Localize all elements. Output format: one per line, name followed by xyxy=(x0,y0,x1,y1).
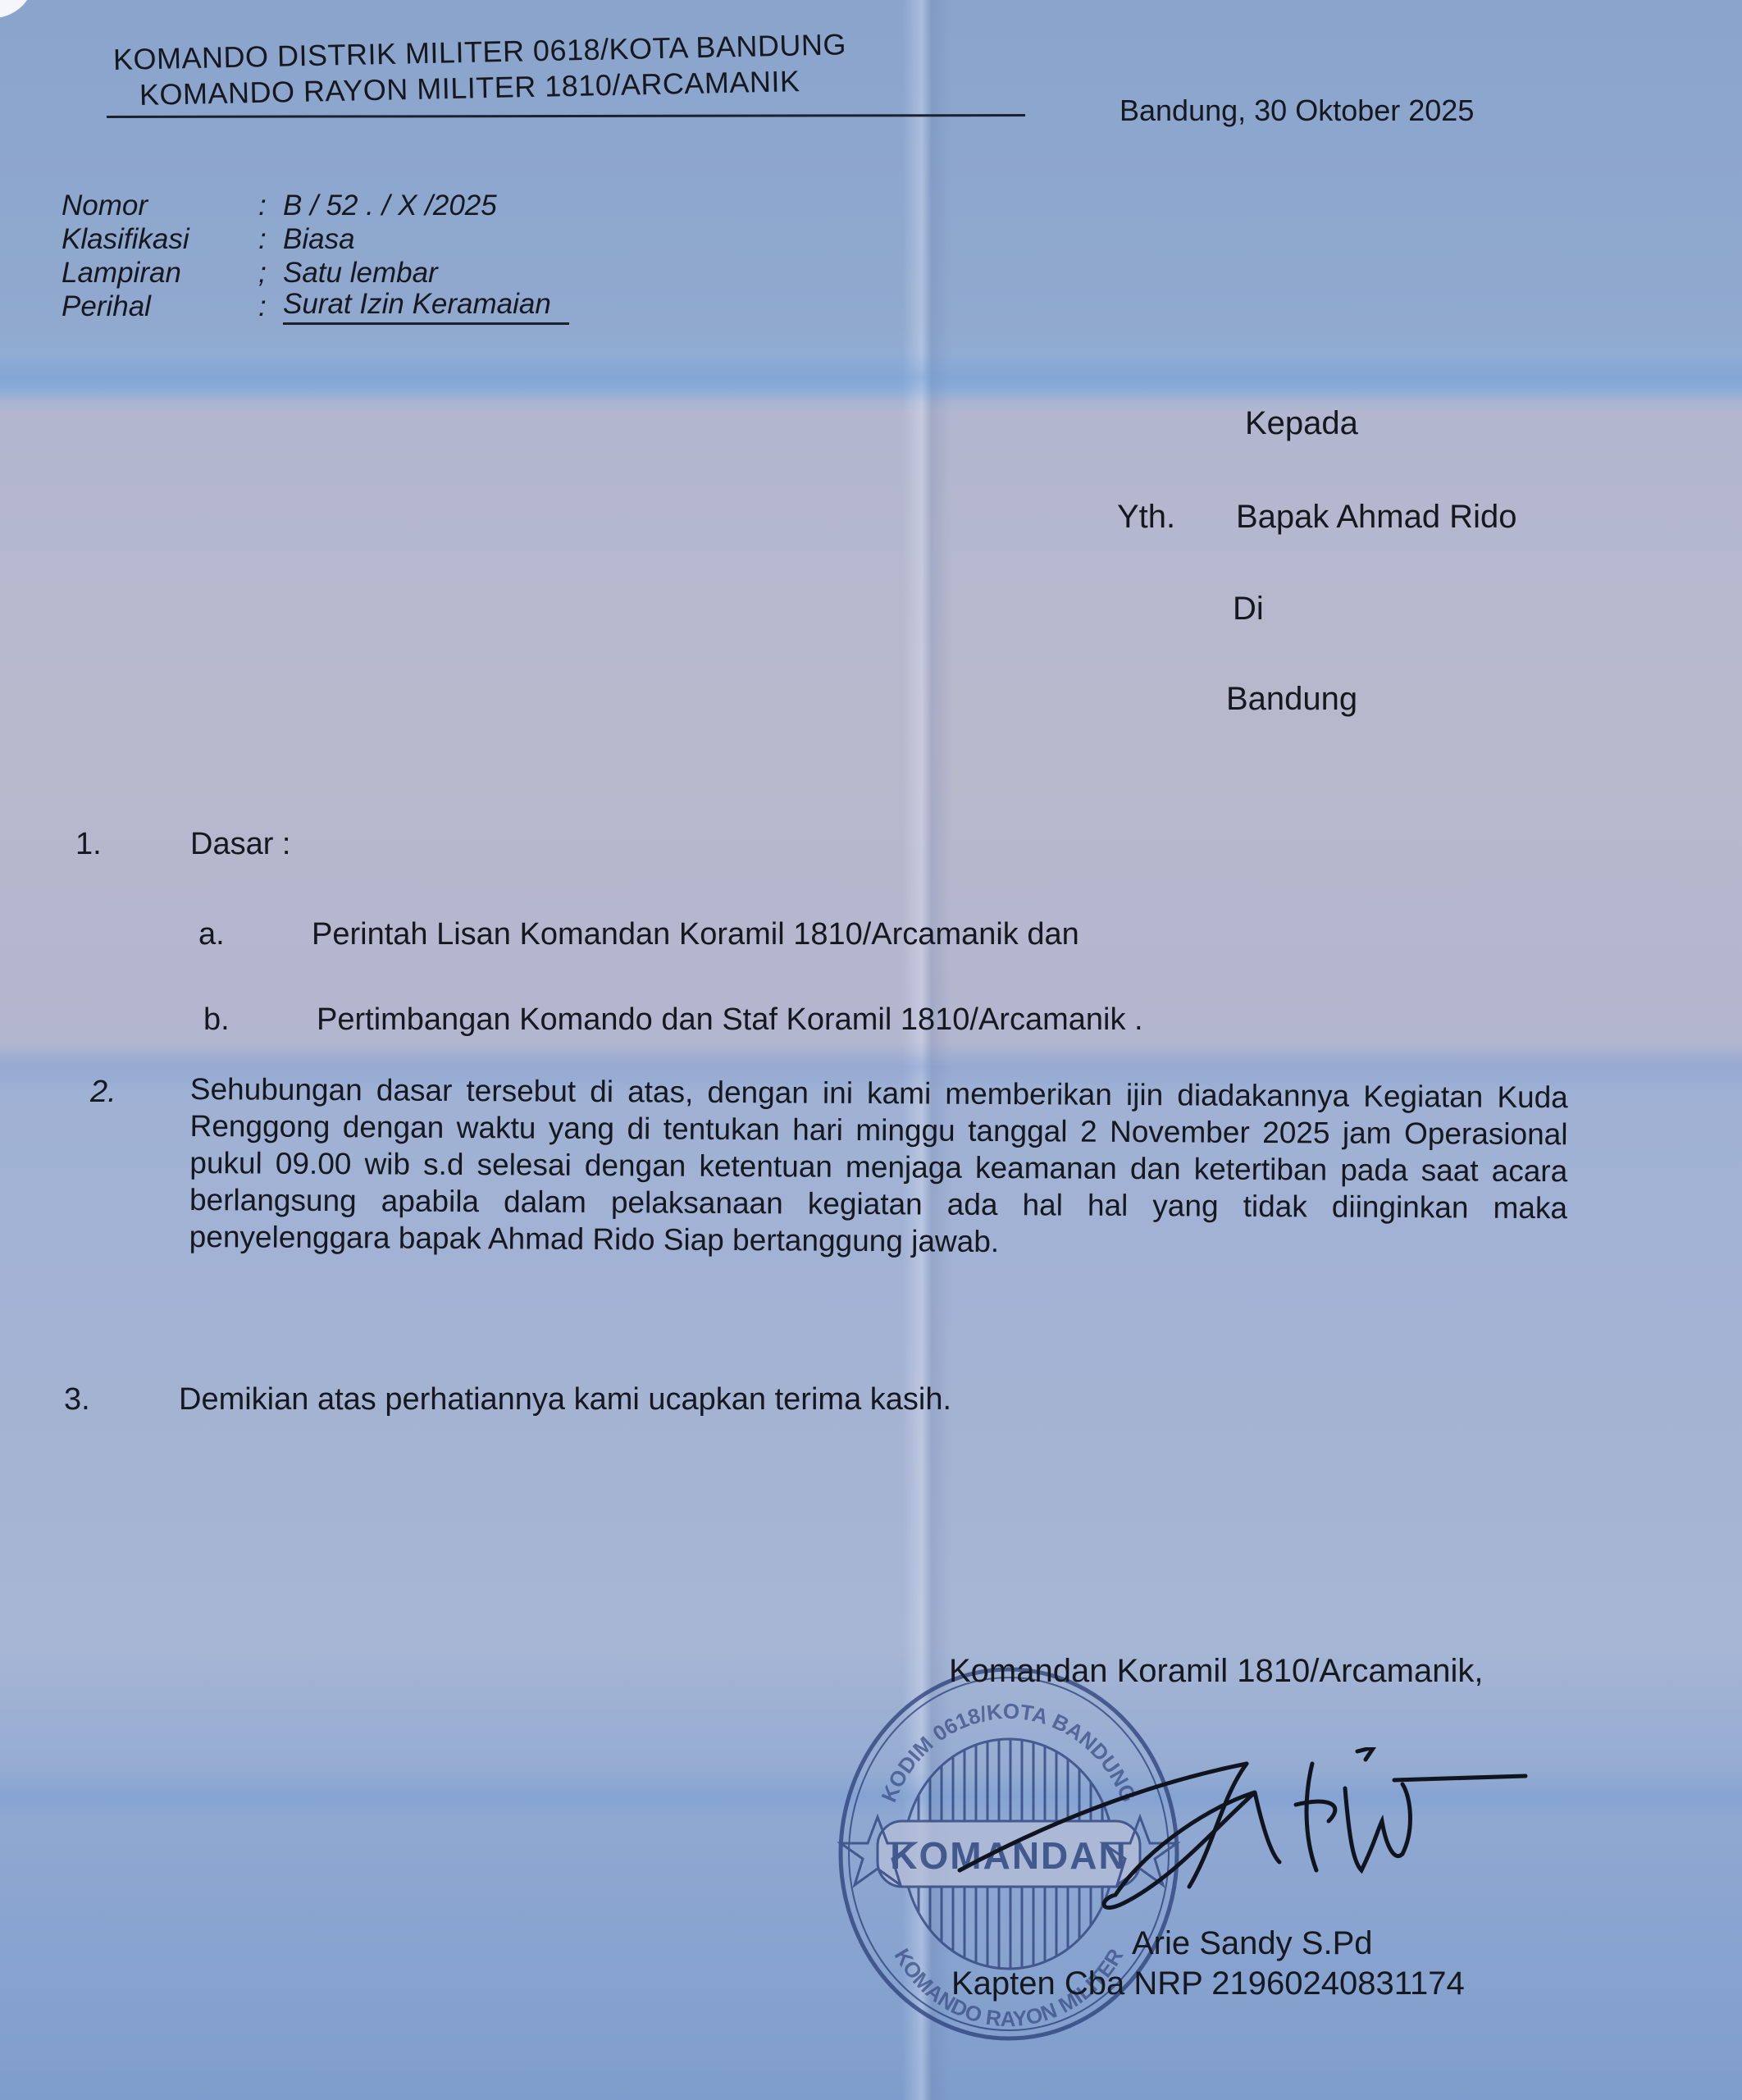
signatory-rank-nrp: Kapten Cba NRP 21960240831174 xyxy=(951,1965,1465,2002)
meta-value: Satu lembar xyxy=(283,257,438,290)
meta-value: Surat Izin Keramaian xyxy=(283,288,569,325)
meta-row-nomor: Nomor : B / 52 . / X /2025 xyxy=(62,189,569,222)
meta-row-perihal: Perihal : Surat Izin Keramaian xyxy=(62,290,569,323)
meta-colon: ; xyxy=(258,257,283,290)
recipient-di: Di xyxy=(1233,591,1264,628)
point-1a-letter: a. xyxy=(198,917,225,952)
meta-colon: : xyxy=(258,189,283,222)
meta-row-lampiran: Lampiran ; Satu lembar xyxy=(62,256,569,290)
recipient-name: Bapak Ahmad Rido xyxy=(1236,499,1516,536)
point-1b-text: Pertimbangan Komando dan Staf Koramil 18… xyxy=(317,1002,1143,1038)
point-3-text: Demikian atas perhatiannya kami ucapkan … xyxy=(179,1382,951,1417)
point-1-title: Dasar : xyxy=(190,827,290,862)
meta-value: B / 52 . / X /2025 xyxy=(283,189,497,222)
point-1b-letter: b. xyxy=(203,1002,230,1038)
recipient-yth: Yth. xyxy=(1117,499,1175,536)
paper-fold-horizontal xyxy=(0,353,1742,402)
meta-label: Klasifikasi xyxy=(62,223,258,256)
point-3-number: 3. xyxy=(64,1382,90,1417)
recipient-kepada: Kepada xyxy=(1245,405,1358,442)
signatory-name: Arie Sandy S.Pd xyxy=(1132,1925,1373,1962)
signatory-title: Komandan Koramil 1810/Arcamanik, xyxy=(949,1653,1483,1690)
meta-label: Nomor xyxy=(62,189,258,222)
paper-corner xyxy=(0,0,40,28)
place-date: Bandung, 30 Oktober 2025 xyxy=(1120,94,1474,128)
meta-row-klasifikasi: Klasifikasi : Biasa xyxy=(62,222,569,256)
handwritten-signature xyxy=(902,1747,1542,1911)
recipient-city: Bandung xyxy=(1226,681,1357,718)
meta-label: Lampiran xyxy=(62,257,258,290)
meta-colon: : xyxy=(258,290,283,323)
point-1-number: 1. xyxy=(75,827,102,862)
letter-meta: Nomor : B / 52 . / X /2025 Klasifikasi :… xyxy=(62,189,569,323)
letterhead-underline xyxy=(107,114,1025,118)
meta-value: Biasa xyxy=(283,223,355,256)
meta-label: Perihal xyxy=(62,290,258,323)
point-2-paragraph: Sehubungan dasar tersebut di atas, denga… xyxy=(189,1071,1568,1263)
meta-colon: : xyxy=(258,223,283,256)
point-1a-text: Perintah Lisan Komandan Koramil 1810/Arc… xyxy=(312,917,1079,952)
point-2-number: 2. xyxy=(90,1075,116,1110)
